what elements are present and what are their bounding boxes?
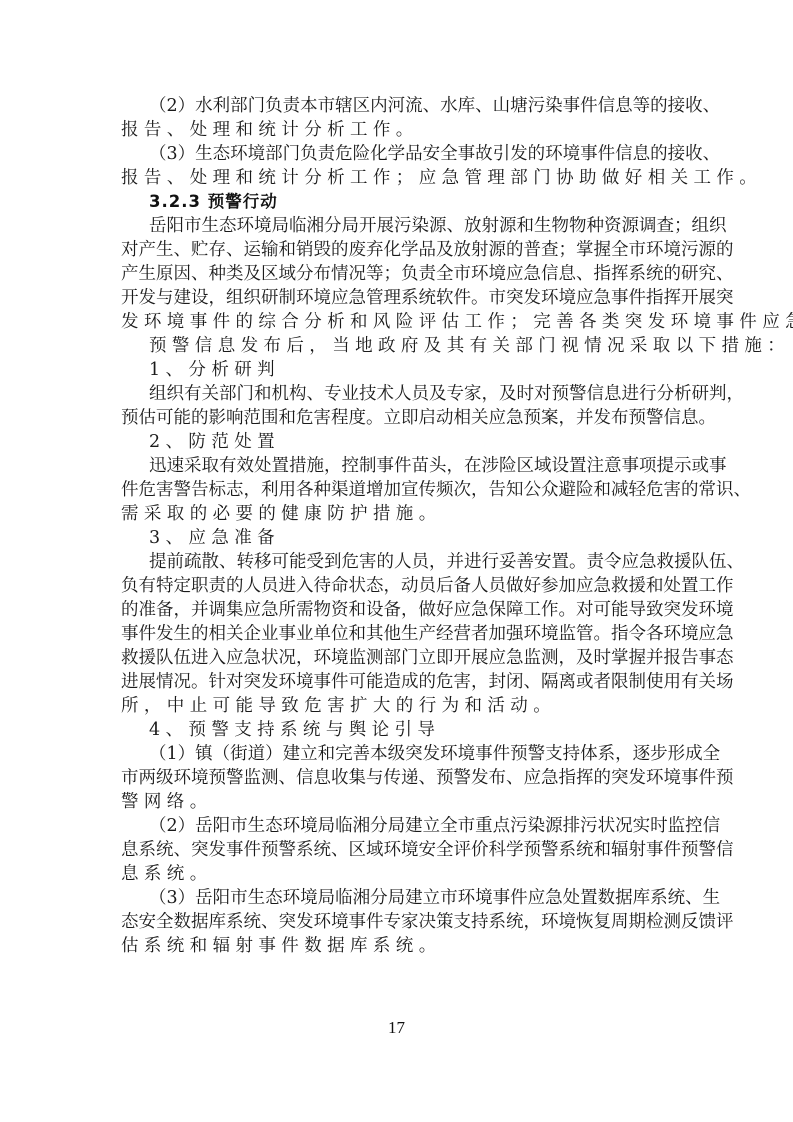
paragraph-line: 态安全数据库系统、突发环境事件专家决策支持系统，环境恢复周期检测反馈评	[121, 910, 664, 934]
paragraph-line: 进展情况。针对突发环境事件可能造成的危害，封闭、隔离或者限制使用有关场	[121, 670, 664, 694]
paragraph-line: 预警信息发布后，当地政府及其有关部门视情况采取以下措施：	[121, 334, 664, 358]
paragraph-line: 报告、处理和统计分析工作；应急管理部门协助做好相关工作。	[121, 166, 664, 190]
paragraph-line: 迅速采取有效处置措施，控制事件苗头，在涉险区域设置注意事项提示或事	[121, 454, 664, 478]
page-body: （2）水利部门负责本市辖区内河流、水库、山塘污染事件信息等的接收、 报告、处理和…	[121, 94, 664, 958]
page-number: 17	[0, 1018, 793, 1038]
paragraph-line: 提前疏散、转移可能受到危害的人员，并进行妥善安置。责令应急救援队伍、	[121, 550, 664, 574]
paragraph-line: 需采取的必要的健康防护措施。	[121, 502, 664, 526]
subsection-title: 4、预警支持系统与舆论引导	[121, 718, 664, 742]
paragraph-line: （2）水利部门负责本市辖区内河流、水库、山塘污染事件信息等的接收、	[121, 94, 664, 118]
document-page: （2）水利部门负责本市辖区内河流、水库、山塘污染事件信息等的接收、 报告、处理和…	[0, 0, 793, 1122]
section-heading: 3.2.3 预警行动	[121, 190, 664, 214]
paragraph-line: 事件发生的相关企业事业单位和其他生产经营者加强环境监管。指令各环境应急	[121, 622, 664, 646]
paragraph-line: 对产生、贮存、运输和销毁的废弃化学品及放射源的普查；掌握全市环境污源的	[121, 238, 664, 262]
paragraph-line: 息系统、突发事件预警系统、区域环境安全评价科学预警系统和辐射事件预警信	[121, 838, 664, 862]
paragraph-line: （3）生态环境部门负责危险化学品安全事故引发的环境事件信息的接收、	[121, 142, 664, 166]
paragraph-line: 开发与建设，组织研制环境应急管理系统软件。市突发环境应急事件指挥开展突	[121, 286, 664, 310]
paragraph-line: 救援队伍进入应急状况，环境监测部门立即开展应急监测，及时掌握并报告事态	[121, 646, 664, 670]
paragraph-line: 组织有关部门和机构、专业技术人员及专家，及时对预警信息进行分析研判，	[121, 382, 664, 406]
paragraph-line: （3）岳阳市生态环境局临湘分局建立市环境事件应急处置数据库系统、生	[121, 886, 664, 910]
subsection-title: 2、防范处置	[121, 430, 664, 454]
paragraph-line: 岳阳市生态环境局临湘分局开展污染源、放射源和生物物种资源调查；组织	[121, 214, 664, 238]
paragraph-line: 估系统和辐射事件数据库系统。	[121, 934, 664, 958]
subsection-title: 1、分析研判	[121, 358, 664, 382]
paragraph-line: 报告、处理和统计分析工作。	[121, 118, 664, 142]
subsection-title: 3、应急准备	[121, 526, 664, 550]
paragraph-line: 预估可能的影响范围和危害程度。立即启动相关应急预案，并发布预警信息。	[121, 406, 664, 430]
paragraph-line: 发环境事件的综合分析和风险评估工作；完善各类突发环境事件应急预案。	[121, 310, 664, 334]
paragraph-line: （2）岳阳市生态环境局临湘分局建立全市重点污染源排污状况实时监控信	[121, 814, 664, 838]
paragraph-line: 件危害警告标志，利用各种渠道增加宣传频次，告知公众避险和减轻危害的常识、	[121, 478, 664, 502]
paragraph-line: 警网络。	[121, 790, 664, 814]
paragraph-line: 的准备，并调集应急所需物资和设备，做好应急保障工作。对可能导致突发环境	[121, 598, 664, 622]
paragraph-line: 市两级环境预警监测、信息收集与传递、预警发布、应急指挥的突发环境事件预	[121, 766, 664, 790]
paragraph-line: 产生原因、种类及区域分布情况等；负责全市环境应急信息、指挥系统的研究、	[121, 262, 664, 286]
paragraph-line: 所，中止可能导致危害扩大的行为和活动。	[121, 694, 664, 718]
paragraph-line: 息系统。	[121, 862, 664, 886]
paragraph-line: （1）镇（街道）建立和完善本级突发环境事件预警支持体系，逐步形成全	[121, 742, 664, 766]
paragraph-line: 负有特定职责的人员进入待命状态，动员后备人员做好参加应急救援和处置工作	[121, 574, 664, 598]
